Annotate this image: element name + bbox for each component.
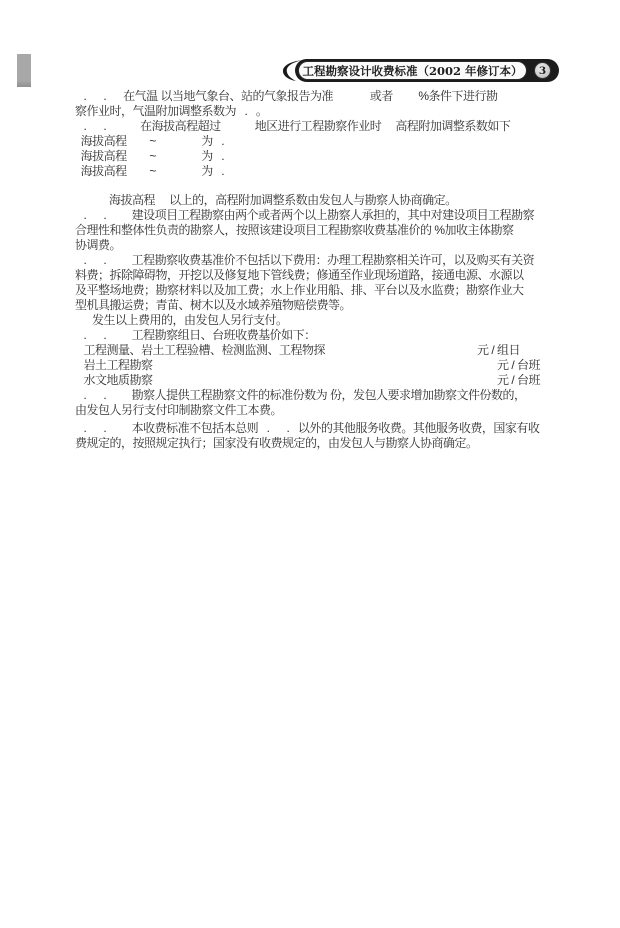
line-text: . . 在气温 以当地气象台、站的气象报告为准 或者 %条件下进行勘 [75,89,498,103]
line-text: 合理性和整体性负责的勘察人，按照该建设项目工程勘察收费基准价的 %加收主体勘察 [75,223,514,237]
line-text: 及平整场地费；勘察材料以及加工费；水上作业用船、排、平台以及水监费；勘察作业大 [75,283,524,297]
line-text: 型机具搬运费；青苗、树木以及水域养殖物赔偿费等。 [75,298,351,312]
text-line: . . 本收费标准不包括本总则 . . 以外的其他服务收费。其他服务收费，国家有… [75,421,557,436]
text-line: 海拔高程 ~ 为 . [75,149,557,164]
page-number: 3 [539,65,546,77]
text-line: 水文地质勘察元 / 台班 [75,373,557,388]
line-text: 察作业时，气温附加调整系数为 . 。 [75,104,267,118]
line-text: 料费；拆除障碍物，开挖以及修复地下管线费；修通至作业现场道路，接通电源、水源以 [75,268,524,282]
text-line: 海拔高程 以上的，高程附加调整系数由发包人与勘察人协商确定。 [75,193,557,208]
line-text: 海拔高程 以上的，高程附加调整系数由发包人与勘察人协商确定。 [75,193,457,207]
header-title-pill: 工程勘察设计收费标准（2002 年修订本） [298,61,527,80]
text-line: 合理性和整体性负责的勘察人，按照该建设项目工程勘察收费基准价的 %加收主体勘察 [75,223,557,238]
line-text: 工程测量、岩土工程验槽、检测监测、工程物探 [75,343,325,358]
text-line: 工程测量、岩土工程验槽、检测监测、工程物探元 / 组日 [75,343,557,358]
line-text: . . 工程勘察组日、台班收费基价如下： [75,328,316,342]
text-line: 协调费。 [75,238,557,253]
text-line: 海拔高程 ~ 为 . [75,134,557,149]
text-line: . . 在海拔高程超过 地区进行工程勘察作业时 高程附加调整系数如下 [75,119,557,134]
text-line: 由发包人另行支付印制勘察文件工本费。 [75,403,557,418]
line-text: . . 本收费标准不包括本总则 . . 以外的其他服务收费。其他服务收费，国家有… [75,421,539,435]
line-text: 海拔高程 ~ 为 . [75,134,224,148]
text-line: 费规定的，按照规定执行；国家没有收费规定的，由发包人与勘察人协商确定。 [75,436,557,451]
text-line: . . 勘察人提供工程勘察文件的标准份数为 份，发包人要求增加勘察文件份数的， [75,388,557,403]
line-text: 岩土工程勘察 [75,358,153,373]
line-text: . . 勘察人提供工程勘察文件的标准份数为 份，发包人要求增加勘察文件份数的， [75,388,526,402]
scan-artifact-block [17,54,31,87]
line-text: 发生以上费用的，由发包人另行支付。 [75,313,288,327]
line-text: 由发包人另行支付印制勘察文件工本费。 [75,403,282,417]
line-text: 费规定的，按照规定执行；国家没有收费规定的，由发包人与勘察人协商确定。 [75,436,478,450]
text-line: 发生以上费用的，由发包人另行支付。 [75,313,557,328]
text-line: 型机具搬运费；青苗、树木以及水域养殖物赔偿费等。 [75,298,557,313]
line-text: . . 工程勘察收费基准价不包括以下费用：办理工程勘察相关许可，以及购买有关资 [75,253,534,267]
text-line: . . 在气温 以当地气象台、站的气象报告为准 或者 %条件下进行勘 [75,89,557,104]
text-line: 岩土工程勘察元 / 台班 [75,358,557,373]
line-unit-text: 元 / 台班 [497,373,557,388]
line-unit-text: 元 / 台班 [497,358,557,373]
text-line: 料费；拆除障碍物，开挖以及修复地下管线费；修通至作业现场道路，接通电源、水源以 [75,268,557,283]
text-line: 察作业时，气温附加调整系数为 . 。 [75,104,557,119]
line-text: 水文地质勘察 [75,373,153,388]
line-text: 海拔高程 ~ 为 . [75,164,224,178]
text-line: . . 工程勘察收费基准价不包括以下费用：办理工程勘察相关许可，以及购买有关资 [75,253,557,268]
text-line: 及平整场地费；勘察材料以及加工费；水上作业用船、排、平台以及水监费；勘察作业大 [75,283,557,298]
scanned-page: 工程勘察设计收费标准（2002 年修订本） 3 . . 在气温 以当地气象台、站… [0,0,620,928]
line-unit-text: 元 / 组日 [477,343,557,358]
line-text: . . 建设项目工程勘察由两个或者两个以上勘察人承担的，其中对建设项目工程勘察 [75,208,534,222]
text-line: . . 工程勘察组日、台班收费基价如下： [75,328,557,343]
document-body: . . 在气温 以当地气象台、站的气象报告为准 或者 %条件下进行勘察作业时，气… [75,89,557,451]
line-text: . . 在海拔高程超过 地区进行工程勘察作业时 高程附加调整系数如下 [75,119,510,133]
line-text: 海拔高程 ~ 为 . [75,149,224,163]
text-line: . . 建设项目工程勘察由两个或者两个以上勘察人承担的，其中对建设项目工程勘察 [75,208,557,223]
page-number-badge: 3 [534,62,551,79]
line-text: 协调费。 [75,238,121,252]
header-title: 工程勘察设计收费标准（2002 年修订本） [302,63,522,79]
text-line: 海拔高程 ~ 为 . [75,164,557,179]
